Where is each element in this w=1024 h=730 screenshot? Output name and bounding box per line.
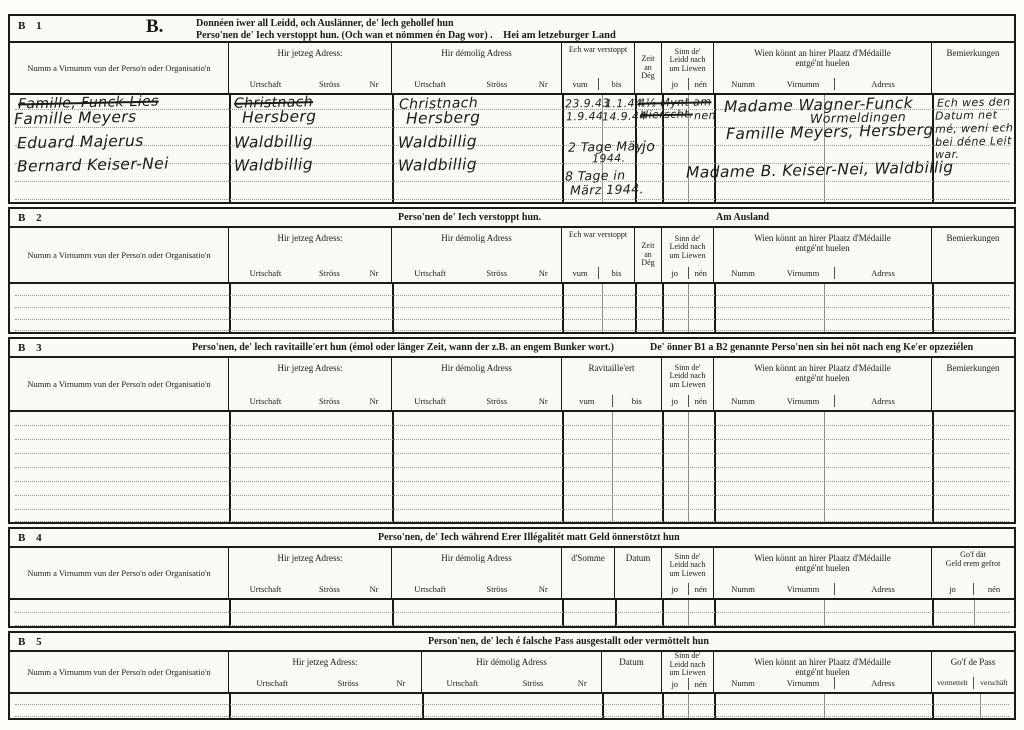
b3-demolig-label: Hir démolig Adress	[392, 358, 561, 373]
b4-body	[10, 600, 1014, 626]
b2-verstoppt-label: Ech war verstoppt	[562, 228, 634, 240]
dotted-line	[15, 295, 1009, 296]
b3-wien-line2: entgé'nt huelen	[714, 373, 931, 383]
b1-wien-line1: Wien könnt an hirer Plaatz d'Médaille	[714, 43, 931, 58]
b3-col-bem: Bemierkungen	[932, 358, 1014, 410]
dotted-line	[15, 716, 1009, 717]
b4-datum-label: Datum	[615, 548, 661, 563]
b2-column-headers: Numm a Virnumm vun der Perso'n oder Orga…	[10, 228, 1014, 284]
b1-col-demolig: Hir démolig Adress Urtschaft Ströss Nr	[392, 43, 562, 93]
rule-line	[229, 694, 231, 718]
b4-sinn-3: um Liewen	[669, 570, 705, 579]
rule-line	[688, 694, 689, 718]
b4-gof-nen: nén	[973, 583, 1014, 595]
b5-sinn-label: Sinn de' Leidd nach um Liewen	[662, 652, 713, 678]
b2-jetzeg-sub: Urtschaft Ströss Nr	[229, 267, 391, 282]
section-b5: B 5 Person'nen, de' lech é falsche Pass …	[8, 631, 1016, 720]
b4-col-name: Numm a Virnumm vun der Perso'n oder Orga…	[10, 548, 229, 598]
rule-line	[602, 694, 604, 718]
b3-jetzeg-label: Hir jetzeg Adress:	[229, 358, 391, 373]
b3-col-demolig: Hir démolig Adress Urtschaft Ströss Nr	[392, 358, 562, 410]
b5-body	[10, 694, 1014, 718]
b5-demolig-label: Hir démolig Adress	[422, 652, 601, 667]
b4-demolig-stross: Ströss	[468, 583, 525, 595]
b2-verstoppt-sub: vum bis	[562, 267, 634, 282]
b1-sinn-3: um Liewen	[669, 65, 705, 74]
b4-somme-label: d'Somme	[562, 548, 614, 563]
section-letter-b: B.	[146, 16, 163, 38]
b4-gof-sub: jo nén	[932, 583, 1014, 598]
b2-wien-line2: entgé'nt huelen	[714, 243, 931, 253]
rule-line	[980, 694, 981, 718]
section-b1: B 1 B. Donnéen iwer all Leidd, och Auslä…	[8, 14, 1016, 204]
b2-jetzeg-stross: Ströss	[302, 267, 357, 279]
b1-jetzeg-sub: Urtschaft Ströss Nr	[229, 78, 391, 93]
b3-wien-sub: Numm Virnumm Adress	[714, 395, 931, 410]
section-b3: B 3 Perso'nen, de' lech ravitaille'ert h…	[8, 337, 1016, 524]
b1-wien-numm: Numm	[714, 78, 772, 90]
b2-bem-label: Bemierkungen	[932, 228, 1014, 243]
b3-sinn-sub: jo nén	[662, 395, 713, 410]
b4-demolig-label: Hir démolig Adress	[392, 548, 561, 563]
b3-vum: vum	[562, 395, 612, 407]
b3-col-name: Numm a Virnumm vun der Perso'n oder Orga…	[10, 358, 229, 410]
rule-line	[688, 284, 689, 332]
dotted-line	[15, 625, 1009, 626]
b2-jetzeg-urtschaft: Urtschaft	[229, 267, 302, 279]
b3-jetzeg-nr: Nr	[357, 395, 391, 407]
b1-jetzeg-stross: Ströss	[302, 78, 357, 90]
b1-bis: bis	[598, 78, 634, 90]
b5-col-demolig: Hir démolig Adress Urtschaft Ströss Nr	[422, 652, 602, 692]
hw-bem-line4: bei déne Leit	[935, 134, 1012, 149]
b2-zeit-label: Zeit an Dég	[635, 228, 661, 282]
b2-sinn-sub: jo nén	[662, 267, 713, 282]
b4-gof-jo: jo	[932, 583, 973, 595]
b1-zeit-label: Zeit an Dég	[635, 43, 661, 93]
b4-gof-line1: Go'f dät	[932, 548, 1014, 560]
b5-vermettelt: vermettelt	[932, 677, 973, 689]
section-b4: B 4 Perso'nen, de' Iech während Erer Ill…	[8, 527, 1016, 628]
b2-sinn-3: um Liewen	[669, 252, 705, 261]
b1-jo: jo	[662, 78, 688, 90]
b5-col-jetzeg: Hir jetzeg Adress: Urtschaft Ströss Nr	[229, 652, 422, 692]
b5-col-name: Numm a Virnumm vun der Perso'n oder Orga…	[10, 652, 229, 692]
b5-jetzeg-label: Hir jetzeg Adress:	[229, 652, 421, 667]
rule-line	[824, 694, 825, 718]
b5-col-gof-pass: Go'f de Pass vermettelt verschäft	[932, 652, 1014, 692]
rule-line	[602, 284, 603, 332]
b1-col-name-label: Numm a Virnumm vun der Perso'n oder Orga…	[23, 63, 214, 73]
rule-line	[974, 600, 975, 626]
hw-bem-line5: war.	[935, 148, 960, 162]
b3-sinn-3: um Liewen	[669, 381, 705, 390]
b1-col-name: Numm a Virnumm vun der Perso'n oder Orga…	[10, 43, 229, 93]
b3-sinn-label: Sinn de' Leidd nach um Liewen	[662, 358, 713, 395]
b4-jetzeg-nr: Nr	[357, 583, 391, 595]
b3-title-1: Perso'nen, de' lech ravitaille'ert hun (…	[192, 342, 614, 354]
b1-jetzeg-nr: Nr	[357, 78, 391, 90]
b2-col-name-label: Numm a Virnumm vun der Perso'n oder Orga…	[23, 250, 214, 260]
dotted-line	[15, 453, 1009, 454]
hw-demolig-waldbillig-2: Waldbillig	[398, 155, 477, 175]
b5-wien-line1: Wien könnt an hirer Plaatz d'Médaille	[714, 652, 931, 667]
section-b4-header-band: B 4 Perso'nen, de' Iech während Erer Ill…	[10, 529, 1014, 548]
b1-zeit-3: Dég	[641, 72, 654, 81]
b5-wien-numm: Numm	[714, 677, 772, 689]
b1-demolig-nr: Nr	[526, 78, 561, 90]
b3-demolig-urtschaft: Urtschaft	[392, 395, 468, 407]
b1-wien-virnumm: Virnumm	[772, 78, 834, 90]
rule-line	[229, 284, 231, 332]
rule-line	[714, 600, 716, 626]
rule-line	[714, 694, 716, 718]
b4-sinn-label: Sinn de' Leidd nach um Liewen	[662, 548, 713, 583]
b3-demolig-sub: Urtschaft Ströss Nr	[392, 395, 561, 410]
hw-dauer-majerus-jahr: 1944.	[592, 152, 626, 166]
b3-jetzeg-urtschaft: Urtschaft	[229, 395, 302, 407]
b1-col-wien: Wien könnt an hirer Plaatz d'Médaille en…	[714, 43, 932, 93]
b4-nen: nén	[688, 583, 714, 595]
b1-verstoppt-sub: vum bis	[562, 78, 634, 93]
b5-sinn-sub: jo nén	[662, 678, 713, 693]
b3-wien-adress: Adress	[834, 395, 931, 407]
b2-col-zeit: Zeit an Dég	[635, 228, 662, 282]
rule-line	[229, 95, 231, 202]
b2-jetzeg-nr: Nr	[357, 267, 391, 279]
b5-wien-sub: Numm Virnumm Adress	[714, 677, 931, 692]
b5-col-wien: Wien könnt an hirer Plaatz d'Médaille en…	[714, 652, 932, 692]
b1-sinn-sub: jo nén	[662, 78, 713, 93]
b5-nen: nén	[688, 678, 714, 690]
b5-demolig-nr: Nr	[563, 677, 601, 689]
b4-wien-numm: Numm	[714, 583, 772, 595]
b1-col-zeit: Zeit an Dég	[635, 43, 662, 93]
b5-sinn-3: um Liewen	[669, 669, 705, 678]
b2-col-sinn: Sinn de' Leidd nach um Liewen jo nén	[662, 228, 714, 282]
b2-demolig-urtschaft: Urtschaft	[392, 267, 468, 279]
section-b2-header-band: B 2 Perso'nen de' Iech verstoppt hun. Am…	[10, 209, 1014, 228]
rule-line	[662, 600, 664, 626]
b2-wien-numm: Numm	[714, 267, 772, 279]
b4-col-somme: d'Somme	[562, 548, 615, 598]
dotted-line	[15, 145, 1009, 146]
dotted-line	[15, 199, 1009, 200]
b2-col-name: Numm a Virnumm vun der Perso'n oder Orga…	[10, 228, 229, 282]
rule-line	[422, 694, 424, 718]
hw-dauer-keiser-monat: März 1944.	[570, 181, 644, 198]
b2-demolig-stross: Ströss	[468, 267, 525, 279]
b3-col-name-label: Numm a Virnumm vun der Perso'n oder Orga…	[23, 379, 214, 389]
b5-jetzeg-urtschaft: Urtschaft	[229, 677, 315, 689]
b1-body: Famille, Funck-Lies Famille Meyers Eduar…	[10, 95, 1014, 202]
section-label-b3: B 3	[18, 342, 46, 354]
hw-bem-line1: Ech wes den	[937, 95, 1011, 110]
b2-wien-virnumm: Virnumm	[772, 267, 834, 279]
rule-line	[392, 95, 394, 202]
b1-column-headers: Numm a Virnumm vun der Perso'n oder Orga…	[10, 43, 1014, 95]
b1-title-line2: Perso'nen de' Iech verstoppt hun. (Och w…	[196, 30, 616, 42]
b4-sinn-sub: jo nén	[662, 583, 713, 598]
b1-wien-adress: Adress	[834, 78, 931, 90]
b3-bis: bis	[612, 395, 662, 407]
b3-col-sinn: Sinn de' Leidd nach um Liewen jo nén	[662, 358, 714, 410]
section-b1-title: Donnéen iwer all Leidd, och Auslänner, d…	[196, 18, 616, 41]
hw-vum-2: 1.9.44	[566, 110, 604, 124]
section-label-b2: B 2	[18, 212, 46, 224]
b4-jetzeg-urtschaft: Urtschaft	[229, 583, 302, 595]
b4-jo: jo	[662, 583, 688, 595]
b5-demolig-stross: Ströss	[503, 677, 564, 689]
b5-wien-adress: Adress	[834, 677, 931, 689]
b3-wien-virnumm: Virnumm	[772, 395, 834, 407]
dotted-line	[15, 467, 1009, 468]
hw-sinn-nen: nen	[694, 109, 716, 122]
b2-wien-adress: Adress	[834, 267, 931, 279]
rule-line	[824, 600, 825, 626]
b5-col-datum: Datum	[602, 652, 662, 692]
b2-demolig-nr: Nr	[526, 267, 561, 279]
rule-line	[562, 284, 564, 332]
b5-title: Person'nen, de' lech é falsche Pass ausg…	[428, 636, 709, 648]
b5-jetzeg-nr: Nr	[381, 677, 421, 689]
b1-title-line2-text: Perso'nen de' Iech verstoppt hun. (Och w…	[196, 30, 493, 41]
b4-col-gof-geld: Go'f dät Geld erem gefrot jo nén	[932, 548, 1014, 598]
b4-col-name-label: Numm a Virnumm vun der Perso'n oder Orga…	[23, 568, 214, 578]
hw-jetzeg-waldbillig-2: Waldbillig	[234, 155, 313, 175]
b1-wien-sub: Numm Virnumm Adress	[714, 78, 931, 93]
dotted-line	[15, 439, 1009, 440]
hw-sinn-jo: jo	[642, 139, 656, 155]
b4-title: Perso'nen, de' Iech während Erer Illégal…	[378, 532, 680, 544]
hw-demolig-waldbillig-1: Waldbillig	[398, 132, 477, 152]
b4-col-jetzeg: Hir jetzeg Adress: Urtschaft Ströss Nr	[229, 548, 392, 598]
b2-zeit-3: Dég	[641, 259, 654, 268]
b4-gof-line2: Geld erem gefrot	[932, 560, 1014, 569]
rule-line	[688, 600, 689, 626]
form-scan-page: B 1 B. Donnéen iwer all Leidd, och Auslä…	[0, 0, 1024, 730]
rule-line	[824, 284, 825, 332]
hw-jetzeg-waldbillig-1: Waldbillig	[234, 132, 313, 152]
b1-demolig-sub: Urtschaft Ströss Nr	[392, 78, 561, 93]
b2-col-bem: Bemierkungen	[932, 228, 1014, 282]
rule-line	[714, 284, 716, 332]
b3-jo: jo	[662, 395, 688, 407]
b2-body	[10, 284, 1014, 332]
hw-name-majerus: Eduard Majerus	[17, 132, 144, 153]
b1-demolig-label: Hir démolig Adress	[392, 43, 561, 58]
rule-line	[932, 600, 934, 626]
b2-col-verstoppt: Ech war verstoppt vum bis	[562, 228, 635, 282]
rule-line	[932, 95, 934, 202]
b3-demolig-nr: Nr	[526, 395, 561, 407]
b2-vum: vum	[562, 267, 598, 279]
b4-column-headers: Numm a Virnumm vun der Perso'n oder Orga…	[10, 548, 1014, 600]
hw-name-keiser: Bernard Keiser-Nei	[17, 154, 169, 175]
dotted-line	[15, 704, 1009, 705]
hw-jetzeg-hersberg: Hersberg	[242, 107, 317, 127]
b5-wien-virnumm: Virnumm	[772, 677, 834, 689]
b3-bem-label: Bemierkungen	[932, 358, 1014, 373]
b3-column-headers: Numm a Virnumm vun der Perso'n oder Orga…	[10, 358, 1014, 412]
rule-line	[615, 600, 617, 626]
dotted-line	[15, 319, 1009, 320]
b4-jetzeg-stross: Ströss	[302, 583, 357, 595]
b3-wien-line1: Wien könnt an hirer Plaatz d'Médaille	[714, 358, 931, 373]
b1-demolig-urtschaft: Urtschaft	[392, 78, 468, 90]
section-b3-header-band: B 3 Perso'nen, de' lech ravitaille'ert h…	[10, 339, 1014, 358]
section-label-b1: B 1	[18, 20, 46, 32]
b2-title: Perso'nen de' Iech verstoppt hun.	[398, 212, 541, 224]
dotted-line	[15, 509, 1009, 510]
b4-wien-adress: Adress	[834, 583, 931, 595]
b1-jetzeg-urtschaft: Urtschaft	[229, 78, 302, 90]
section-b2: B 2 Perso'nen de' Iech verstoppt hun. Am…	[8, 207, 1016, 334]
b4-demolig-sub: Urtschaft Ströss Nr	[392, 583, 561, 598]
hw-zeit-struck-2: Hierscht.	[640, 107, 693, 121]
b5-col-name-label: Numm a Virnumm vun der Perso'n oder Orga…	[23, 667, 214, 677]
b1-nen: nén	[688, 78, 714, 90]
dotted-line	[15, 612, 1009, 613]
b5-demolig-sub: Urtschaft Ströss Nr	[422, 677, 601, 692]
b1-wien-line2: entgé'nt huelen	[714, 58, 931, 68]
b1-col-sinn: Sinn de' Leidd nach um Liewen jo nén	[662, 43, 714, 93]
b1-jetzeg-label: Hir jetzeg Adress:	[229, 43, 391, 58]
b2-wien-line1: Wien könnt an hirer Plaatz d'Médaille	[714, 228, 931, 243]
hw-demolig-hersberg: Hersberg	[406, 108, 481, 128]
b4-col-demolig: Hir démolig Adress Urtschaft Ströss Nr	[392, 548, 562, 598]
b3-wien-numm: Numm	[714, 395, 772, 407]
dotted-line	[15, 481, 1009, 482]
b2-bis: bis	[598, 267, 634, 279]
b4-col-wien: Wien könnt an hirer Plaatz d'Médaille en…	[714, 548, 932, 598]
b4-wien-sub: Numm Virnumm Adress	[714, 583, 931, 598]
section-label-b5: B 5	[18, 636, 46, 648]
section-b1-header-band: B 1 B. Donnéen iwer all Leidd, och Auslä…	[10, 16, 1014, 43]
b2-col-jetzeg: Hir jetzeg Adress: Urtschaft Ströss Nr	[229, 228, 392, 282]
b5-demolig-urtschaft: Urtschaft	[422, 677, 503, 689]
b2-jetzeg-label: Hir jetzeg Adress:	[229, 228, 391, 243]
b4-jetzeg-sub: Urtschaft Ströss Nr	[229, 583, 391, 598]
b3-ravi-sub: vum bis	[562, 395, 661, 410]
b4-wien-line2: entgé'nt huelen	[714, 563, 931, 573]
b1-verstoppt-label: Ech war verstoppt	[562, 43, 634, 55]
hw-wien-keiser-nei: Madame B. Keiser-Nei, Waldbillig	[686, 158, 954, 182]
rule-line	[635, 284, 637, 332]
b5-pass-sub: vermettelt verschäft	[932, 677, 1014, 692]
b3-jetzeg-stross: Ströss	[302, 395, 357, 407]
b1-col-bem: Bemierkungen	[932, 43, 1014, 93]
rule-line	[562, 600, 564, 626]
b3-ravi-label: Ravitaille'ert	[562, 358, 661, 373]
rule-line	[662, 284, 664, 332]
b4-jetzeg-label: Hir jetzeg Adress:	[229, 548, 391, 563]
dotted-line	[15, 521, 1009, 522]
b5-pass-label: Go'f de Pass	[932, 652, 1014, 667]
dotted-line	[15, 330, 1009, 331]
b1-sinn-label: Sinn de' Leidd nach um Liewen	[662, 43, 713, 78]
rule-line	[662, 694, 664, 718]
b3-col-jetzeg: Hir jetzeg Adress: Urtschaft Ströss Nr	[229, 358, 392, 410]
dotted-line	[15, 425, 1009, 426]
b3-jetzeg-sub: Urtschaft Ströss Nr	[229, 395, 391, 410]
b1-vum: vum	[562, 78, 598, 90]
b3-col-ravitailleert: Ravitaille'ert vum bis	[562, 358, 662, 410]
b5-col-sinn: Sinn de' Leidd nach um Liewen jo nén	[662, 652, 714, 692]
b2-col-wien: Wien könnt an hirer Plaatz d'Médaille en…	[714, 228, 932, 282]
b2-nen: nén	[688, 267, 714, 279]
b3-title-2: De' önner B1 a B2 genannte Perso'nen sin…	[650, 342, 973, 354]
b3-nen: nén	[688, 395, 714, 407]
rule-line	[932, 694, 934, 718]
b2-jo: jo	[662, 267, 688, 279]
b1-col-verstoppt: Ech war verstoppt vum bis	[562, 43, 635, 93]
rule-line	[562, 95, 564, 202]
b5-jo: jo	[662, 678, 688, 690]
dotted-line	[15, 181, 1009, 182]
b2-wien-sub: Numm Virnumm Adress	[714, 267, 931, 282]
b5-jetzeg-sub: Urtschaft Ströss Nr	[229, 677, 421, 692]
b3-col-wien: Wien könnt an hirer Plaatz d'Médaille en…	[714, 358, 932, 410]
b4-demolig-nr: Nr	[526, 583, 561, 595]
section-b5-header-band: B 5 Person'nen, de' lech é falsche Pass …	[10, 633, 1014, 652]
dotted-line	[15, 495, 1009, 496]
b2-demolig-sub: Urtschaft Ströss Nr	[392, 267, 561, 282]
b1-demolig-stross: Ströss	[468, 78, 525, 90]
b1-bem-label: Bemierkungen	[932, 43, 1014, 58]
b4-demolig-urtschaft: Urtschaft	[392, 583, 468, 595]
b5-jetzeg-stross: Ströss	[315, 677, 380, 689]
b4-wien-virnumm: Virnumm	[772, 583, 834, 595]
b3-demolig-stross: Ströss	[468, 395, 525, 407]
b5-verschaft: verschäft	[973, 677, 1014, 689]
b2-title-ausland: Am Ausland	[716, 212, 769, 224]
b2-sinn-label: Sinn de' Leidd nach um Liewen	[662, 228, 713, 267]
rule-line	[392, 600, 394, 626]
b5-wien-line2: entgé'nt huelen	[714, 667, 931, 677]
hw-wien-meyers-hersberg: Famille Meyers, Hersberg	[726, 121, 934, 143]
b5-column-headers: Numm a Virnumm vun der Perso'n oder Orga…	[10, 652, 1014, 694]
b2-col-demolig: Hir démolig Adress Urtschaft Ströss Nr	[392, 228, 562, 282]
b5-datum-label: Datum	[602, 652, 661, 667]
b4-wien-line1: Wien könnt an hirer Plaatz d'Médaille	[714, 548, 931, 563]
b1-title-line1: Donnéen iwer all Leidd, och Auslänner, d…	[196, 18, 616, 30]
dotted-line	[15, 307, 1009, 308]
hw-vum-1: 23.9.43	[565, 97, 610, 111]
b1-title-bold: Hei am letzeburger Land	[503, 30, 616, 41]
b4-col-sinn: Sinn de' Leidd nach um Liewen jo nén	[662, 548, 714, 598]
b2-demolig-label: Hir démolig Adress	[392, 228, 561, 243]
section-label-b4: B 4	[18, 532, 46, 544]
b4-col-datum: Datum	[615, 548, 662, 598]
b3-body	[10, 412, 1014, 522]
hw-bem-line2: Datum net	[935, 108, 998, 122]
b1-col-jetzeg: Hir jetzeg Adress: Urtschaft Ströss Nr	[229, 43, 392, 93]
rule-line	[392, 284, 394, 332]
hw-name-meyers: Famille Meyers	[14, 108, 137, 129]
rule-line	[229, 600, 231, 626]
rule-line	[932, 284, 934, 332]
